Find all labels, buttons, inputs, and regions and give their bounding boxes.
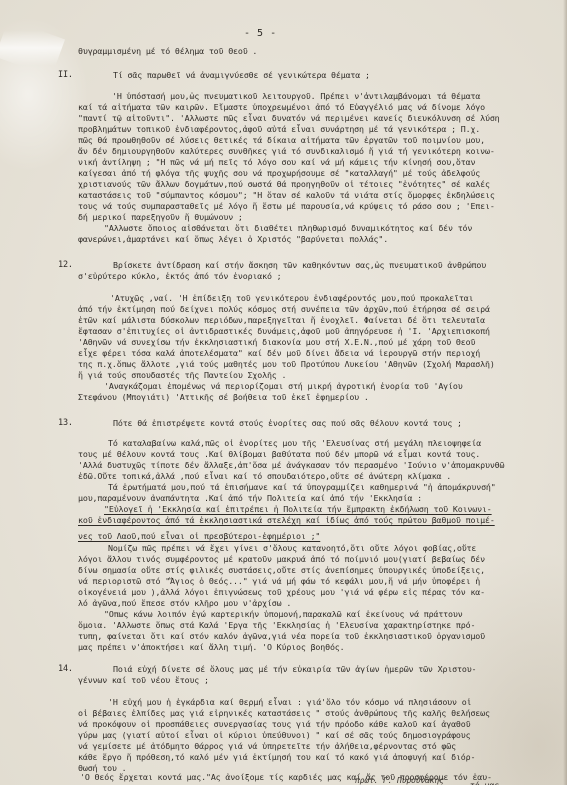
answer-line: γύρω μας (γιατί αὐτοί εἶναι οἱ κύριοι ὑπ… <box>78 730 470 741</box>
scanned-document-page: - 5 - θυγραμμισμένη μέ τό θέλημα τοῦ Θεο… <box>0 0 567 785</box>
answer-line: νά γεμίσετε μέ ἀτόδμητο θάρρος γιά νά ὑπ… <box>78 741 456 752</box>
answer-line: Νομίζω πῶς πρέπει νά ἔχει γίνει σ'ὅλους … <box>108 543 476 554</box>
answer-line: "Οπως κάνω λοιπόν ἐγώ καρτερικήν ὑπομονή… <box>104 609 463 620</box>
answer-line: νική ἀντίληψη ; "Η πῶς νά μή πεῖς τό λόγ… <box>78 157 475 168</box>
paper-edge-shadow <box>563 0 567 785</box>
answer-line: νά προκόψουν οἱ προσπάθειες συνεργασίας … <box>78 719 470 730</box>
question-text: Πότε θά ἐπιστρέψετε κοντά στούς ἐνορίτες… <box>113 418 462 429</box>
underlined-quote-line: κοῦ ἐνδιαφέροντος ἀπό τά ἐκκλησιαστικά σ… <box>78 515 495 526</box>
question-number: 14. <box>58 664 73 675</box>
answer-line: της π.χ.ὅπως ἄλλοτε ,γιά τούς μαθητές μο… <box>78 359 495 370</box>
page-number: - 5 - <box>244 29 277 40</box>
answer-line: οἰκογένειά μου ),ἀλλά λόγοι ἐπιγνώσεως τ… <box>78 587 485 598</box>
question-text: Ποιά εὐχή δίνετε σέ ὅλους μας μέ τήν εὐκ… <box>113 664 476 675</box>
answer-line: Τά ἐρωτήματά μου,πού τά ἐπισήμανε καί τά… <box>108 482 496 493</box>
answer-line: ἐτῶν καί μάλιστα δύσκολων περιόδων,παρεξ… <box>78 315 485 326</box>
signature: πρωτ. Γ. Πυρουνάκης <box>355 776 444 785</box>
question-number: II. <box>58 70 73 81</box>
question-text: γέννων καί τοῦ νέου ἔτους ; <box>78 675 209 686</box>
answer-line: ἄν δέν δημιουργηθοῦν καλύτερες συνθῆκες … <box>78 146 495 157</box>
answer-line: κάθε ἔργο ἤ πρόθεση,τό καλό μέν γιά ἐκτί… <box>78 752 475 763</box>
answer-line: λό ἀγῶνα,πού ἔπεσε στόν κλῆρο μου ν'ἀρχί… <box>78 598 291 609</box>
answer-line: ἀπό τήν ἐκτίμηση πού δείχνει πολύς κόσμο… <box>78 304 490 315</box>
answer-line: νά περιοριστῶ στό "Ἅγιος ὁ Θεός..." γιά … <box>78 576 480 587</box>
answer-line: καίγεσαι ἀπό τή φλόγα τῆς ψυχῆς σου νά π… <box>78 168 480 179</box>
answer-line: "παντί τῷ αἰτοῦντι". 'Αλλωστε πῶς εἶναι … <box>78 113 500 124</box>
answer-line: δή μερικοί παρεξηγοῦν ἤ θυμώνουν ; <box>78 212 243 223</box>
answer-line: ὅμοια. 'Αλλωστε ὅπως στά Καλά 'Εργα τῆς … <box>78 620 475 631</box>
answer-line: τους μέ θέλουν κοντά τους .Καί θλίβομαι … <box>78 449 480 460</box>
answer-line: 'Αθηνῶν νά συνεχίσω τήν ἐκκλησιαστική δι… <box>78 337 475 348</box>
answer-line: τυπη, φαίνεται ὅτι καί στόν καλόν ἀγῶνα,… <box>78 631 485 642</box>
answer-line: "Αλλωστε ὅποιος αἰσθάνεται ὅτι διαθέτει … <box>104 223 472 234</box>
answer-line: φανερώνει,ἁμαρτάνει καί ὅπως λέγει ὁ Χρι… <box>78 234 388 245</box>
answer-line: τους νά τούς συμπαρασταθεῖς μέ λόγο ἤ ἔσ… <box>78 201 495 212</box>
answer-line: Τό καταλαβαίνω καλά,πῶς οἱ ἐνορίτες μου … <box>108 438 481 449</box>
answer-line: Στεφάνου (Μπογιάτι) 'Αττικῆς σέ βοήθεια … <box>78 392 369 403</box>
answer-line: καί τά αἰτήματα τῶν καιρῶν. Εἴμαστε ὑποχ… <box>78 102 485 113</box>
answer-line: προβλημάτων τοπικοῦ ἐνδιαφέροντος,ἀφοῦ α… <box>78 124 480 135</box>
answer-line: 'Η εὐχή μου ἡ ἐγκάρδια καί θερμή εἶναι :… <box>108 697 471 708</box>
answer-line: ἐδῶ.Οὔτε τοπικά,ἀλλά ,πού εἶναι καί τό σ… <box>78 471 451 482</box>
paper-crease <box>0 19 65 77</box>
answer-line: καταστάσεις τοῦ "σύμπαντος κόσμου"; "Η ὅ… <box>78 190 495 201</box>
question-number: 13. <box>58 418 73 429</box>
answer-line: οἱ βέβαιες ἐλπίδες μας γιά εἰρηνικές κατ… <box>78 708 490 719</box>
question-text: Βρίσκετε ἀντίδραση καί στήν ἄσκηση τῶν κ… <box>113 260 486 271</box>
answer-line: ἔφτασαν σ'ἐπιτυχίες οἱ ἀντιδραστικές δυν… <box>78 326 490 337</box>
answer-line: ἤ γιά τούς σπουδαστές τῆς Παντείου Σχολῆ… <box>78 370 286 381</box>
answer-line: 'Ατυχῶς ,ναί. 'Η ἐπίδειξη τοῦ γενικότερο… <box>110 293 473 304</box>
question-number: 12. <box>58 260 73 271</box>
answer-line: δίνω σημασία οὔτε στίς φιλικές συστάσεις… <box>78 565 485 576</box>
answer-line: πῶς θά προωθηθοῦν σέ λύσεις θετικές τά δ… <box>78 135 485 146</box>
question-text: Τί σᾶς παρωθεῖ νά ἀναμιγνύεσθε σέ γενικώ… <box>113 70 370 81</box>
answer-line: 'Η ὑπόστασή μου,ὡς πνευματικοῦ λειτουργο… <box>112 91 480 102</box>
answer-line: 'Αλλά δυστυχῶς τίποτε δέν ἄλλαξε,ἀπ'ὅσα … <box>78 460 504 471</box>
question-text: σ'εὐρύτερο κύκλο, ἐκτός ἀπό τόν ἐνοριακό… <box>78 271 282 282</box>
answer-line: χριστιανούς τῶν ἄλλων δογμάτων,πού σωστά… <box>78 179 490 190</box>
answer-line: 'Αναγκάζομαι ἑπομένως νά περιορίζομαι στ… <box>104 381 463 392</box>
answer-line: λόγοι ἄλλου τινός συμφέροντος μέ κρατοῦν… <box>78 554 485 565</box>
closing-fragment: τό μας. <box>470 780 504 785</box>
answer-line: εἶχε φέρει τόσα καλά ἀποτελέσματα" καί δ… <box>78 348 480 359</box>
underlined-quote-line: "Εὐλογεῖ ἡ 'Εκκλησία καί ἐπιτρέπει ἡ Πολ… <box>104 504 492 515</box>
opening-line: θυγραμμισμένη μέ τό θέλημα τοῦ Θεοῦ . <box>78 46 257 57</box>
underlined-quote-line: νες τοῦ Λαοῦ,πού εἶναι οἱ πρεσβύτεροι-ἐφ… <box>78 531 320 542</box>
answer-line: μου,παραμένουν ἀναπάντητα .Καί ἀπό τήν Π… <box>78 493 422 504</box>
answer-line: μας πρέπει ν'ἀποκτήσει καί ἄλλη τιμή. 'Ο… <box>78 642 344 653</box>
